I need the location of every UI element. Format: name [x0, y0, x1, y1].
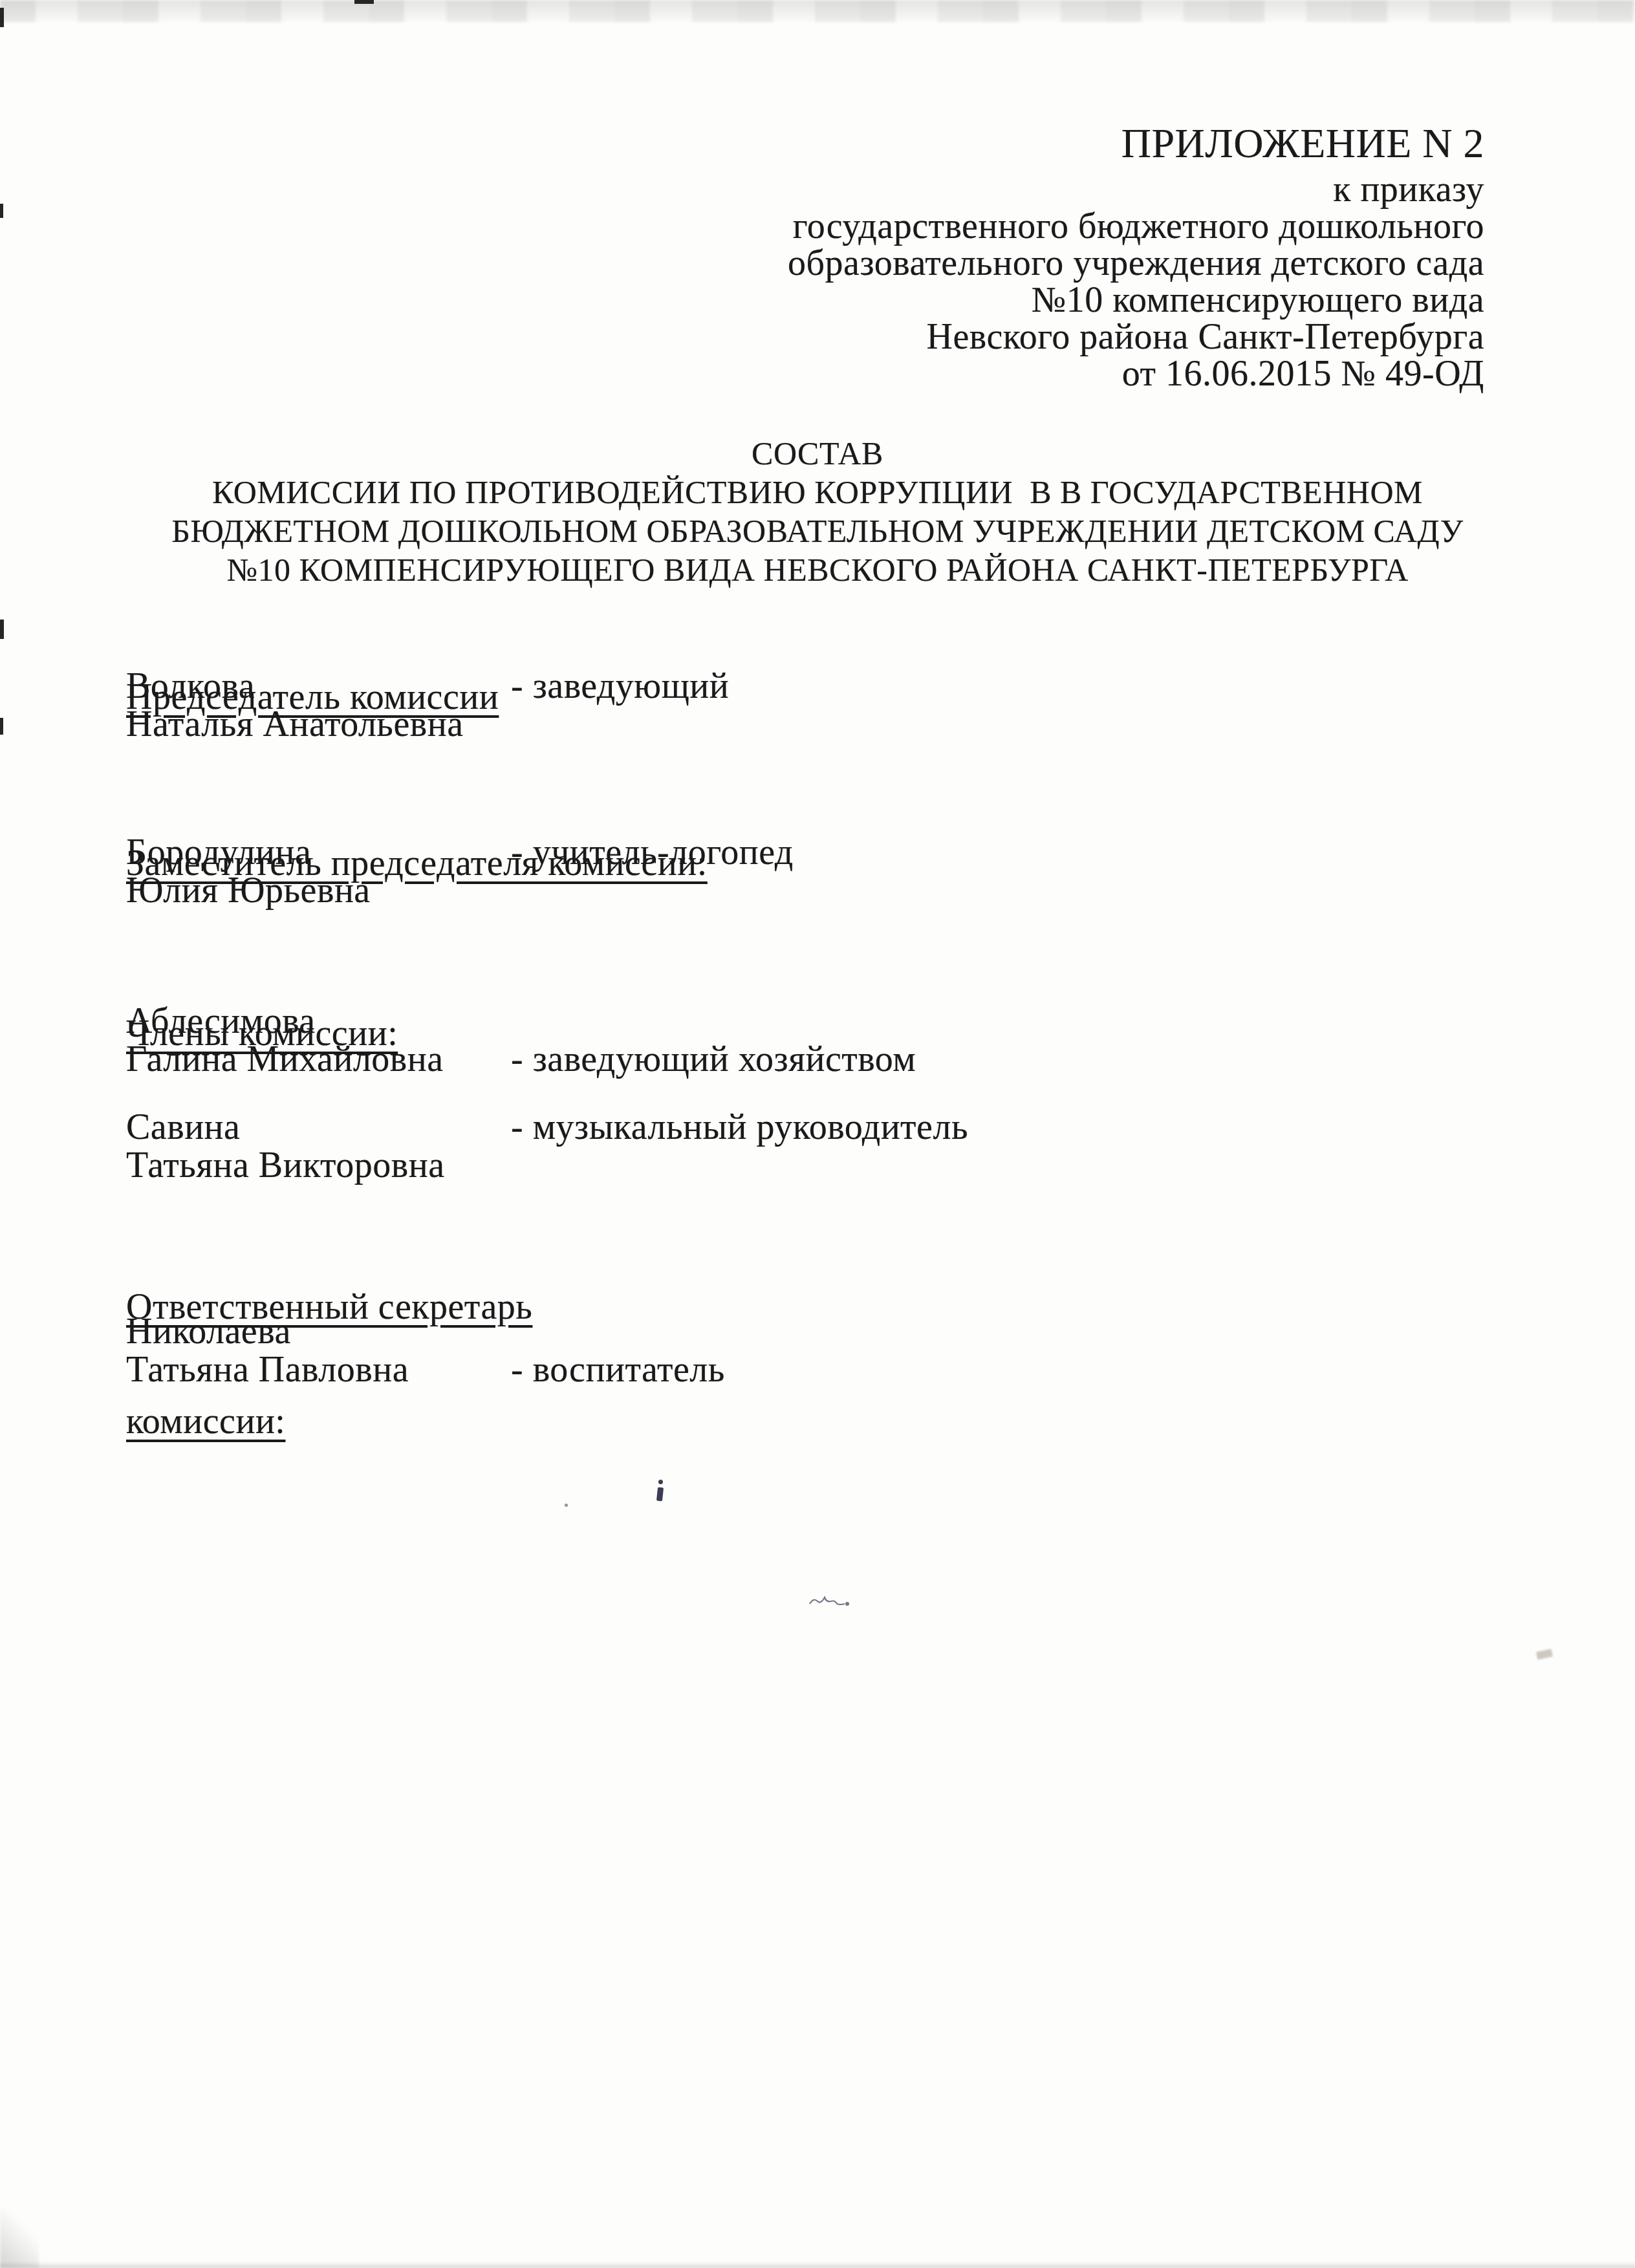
member-role: - воспитатель — [511, 1351, 725, 1389]
member-given-names: Наталья Анатольевна — [126, 706, 464, 744]
member-surname: Аблесимова — [126, 1002, 316, 1041]
document-title-line: №10 КОМПЕНСИРУЮЩЕГО ВИДА НЕВСКОГО РАЙОНА… — [0, 550, 1635, 589]
document-title-line: БЮДЖЕТНОМ ДОШКОЛЬНОМ ОБРАЗОВАТЕЛЬНОМ УЧР… — [0, 512, 1635, 550]
scan-edge-mark — [0, 8, 4, 27]
district-line: Невского района Санкт-Петербурга — [788, 319, 1484, 356]
member-surname: Савина — [126, 1108, 240, 1147]
scan-corner-shadow — [0, 2210, 39, 2268]
member-given-names: Юлия Юрьевна — [126, 872, 371, 910]
ink-speck — [658, 1480, 663, 1484]
order-date-number-line: от 16.06.2015 № 49-ОД — [788, 356, 1484, 393]
member-entry: Волкова Наталья Анатольевна - заведующий — [126, 667, 1517, 748]
document-title-line: КОМИССИИ ПО ПРОТИВОДЕЙСТВИЮ КОРРУПЦИИ В … — [0, 473, 1635, 512]
scanned-document-page: ПРИЛОЖЕНИЕ N 2 к приказу государственног… — [0, 0, 1635, 2268]
member-given-names: Татьяна Павловна — [126, 1351, 409, 1389]
member-entry: Савина Татьяна Викторовна - музыкальный … — [126, 1108, 1517, 1189]
institution-line: образовательного учреждения детского сад… — [788, 245, 1484, 282]
member-role: - заведующий — [511, 667, 729, 706]
institution-line: государственного бюджетного дошкольного — [788, 208, 1484, 245]
scan-edge-artifact-bottom — [0, 2262, 1635, 2268]
scan-edge-mark — [354, 0, 374, 4]
scan-smudge — [1536, 1649, 1553, 1660]
institution-line: №10 компенсирующего вида — [788, 282, 1484, 319]
member-given-names: Татьяна Викторовна — [126, 1147, 445, 1185]
document-title-block: СОСТАВ КОМИССИИ ПО ПРОТИВОДЕЙСТВИЮ КОРРУ… — [0, 434, 1635, 589]
order-reference-line: к приказу — [788, 171, 1484, 208]
scan-edge-mark — [0, 620, 4, 639]
member-surname: Бородулина — [126, 834, 311, 872]
member-surname: Николаева — [126, 1313, 291, 1351]
member-role: - учитель-логопед — [511, 834, 794, 872]
member-entry: Аблесимова Галина Михайловна - заведующи… — [126, 1002, 1517, 1083]
ink-speck — [656, 1487, 664, 1502]
appendix-number-line: ПРИЛОЖЕНИЕ N 2 — [788, 120, 1484, 167]
member-role: - музыкальный руководитель — [511, 1108, 968, 1147]
document-title-line: СОСТАВ — [0, 434, 1635, 473]
member-given-names: Галина Михайловна — [126, 1041, 444, 1079]
member-role: - заведующий хозяйством — [511, 1041, 916, 1079]
ink-speck — [565, 1504, 568, 1507]
member-entry: Бородулина Юлия Юрьевна - учитель-логопе… — [126, 834, 1517, 914]
member-surname: Волкова — [126, 667, 255, 706]
scan-edge-mark — [0, 204, 3, 218]
scan-edge-mark — [0, 718, 3, 735]
pen-squiggle-artifact — [808, 1592, 847, 1609]
appendix-header-block: ПРИЛОЖЕНИЕ N 2 к приказу государственног… — [788, 120, 1484, 393]
section-heading-text: комиссии: — [126, 1403, 532, 1441]
member-entry: Николаева Татьяна Павловна - воспитатель — [126, 1313, 1517, 1394]
scan-edge-artifact-top — [0, 0, 1635, 22]
